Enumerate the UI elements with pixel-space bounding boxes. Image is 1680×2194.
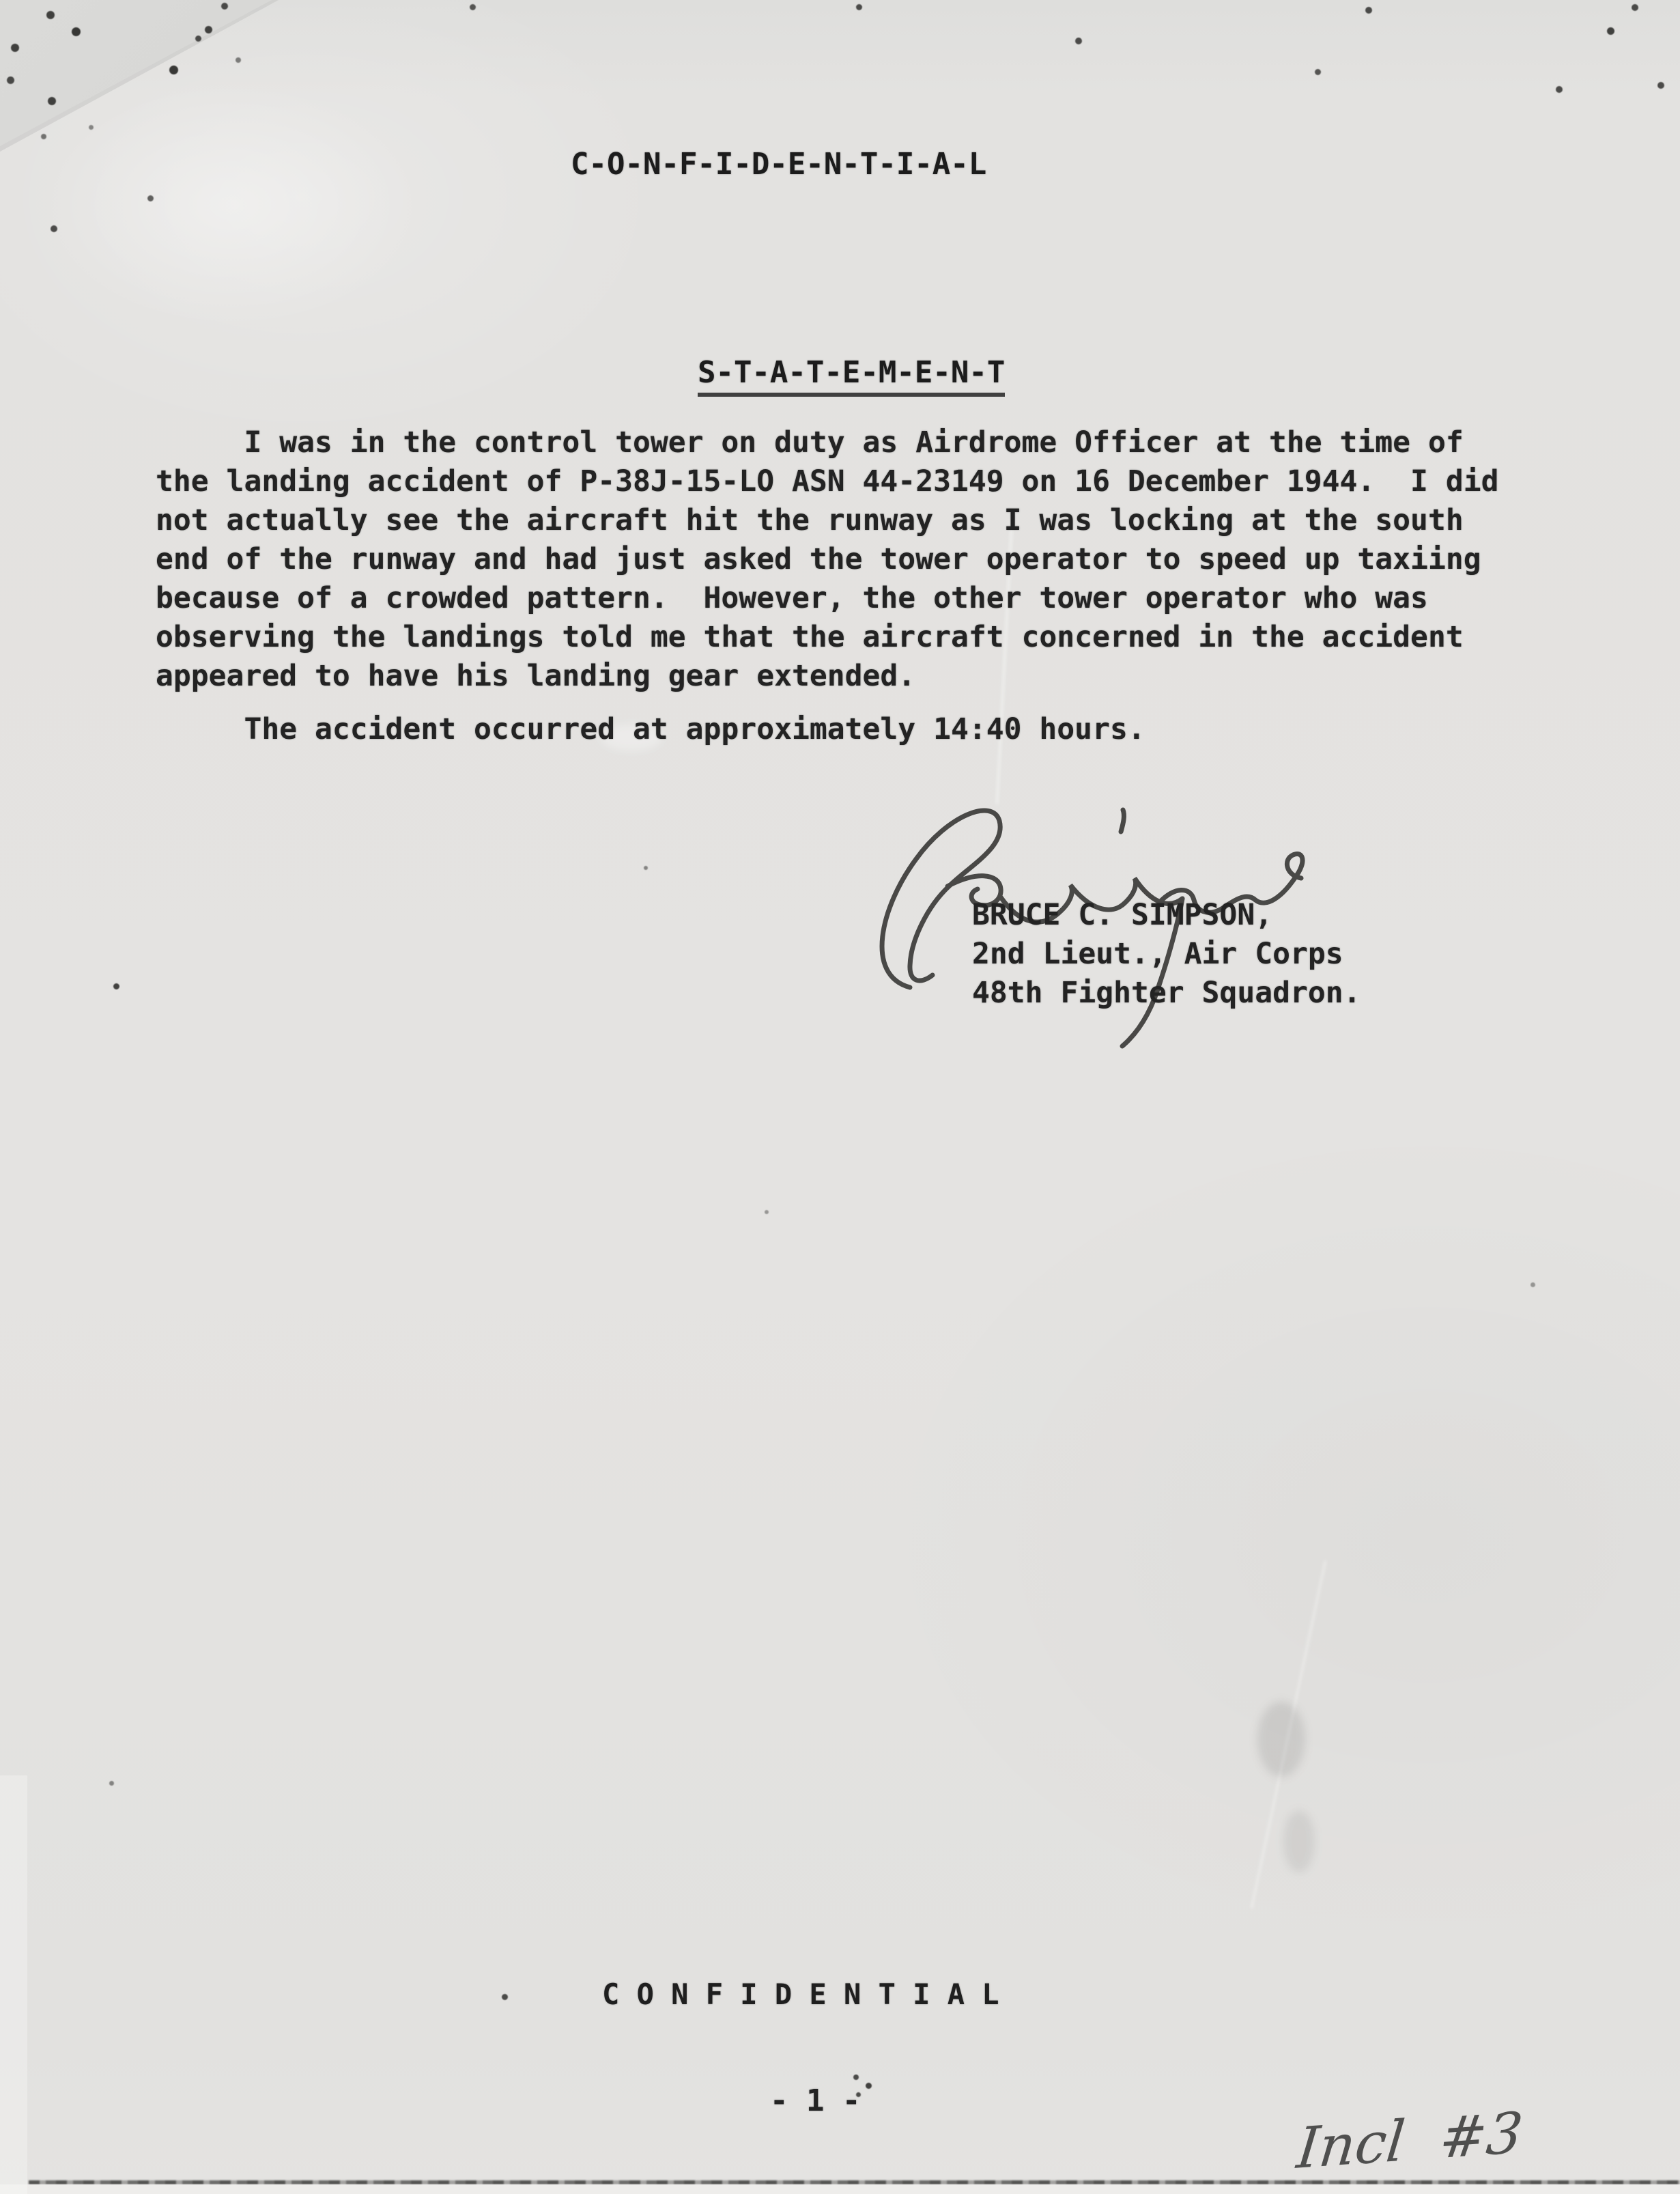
dust-speck (644, 866, 648, 870)
dust-speck (1315, 69, 1321, 75)
corner-fold (0, 0, 272, 146)
dust-speck (1530, 1282, 1535, 1287)
dust-speck (11, 44, 19, 52)
dust-speck (51, 225, 57, 232)
dust-speck (866, 2083, 872, 2089)
dust-speck (765, 1210, 769, 1214)
dust-speck (1365, 7, 1372, 14)
signature-block: BRUCE C. SIMPSON, 2nd Lieut., Air Corps … (972, 896, 1361, 1013)
statement-title: S-T-A-T-E-M-E-N-T (698, 355, 1005, 397)
dust-speck (169, 66, 178, 74)
dust-speck (147, 195, 154, 201)
paper-smudge (1283, 1811, 1315, 1872)
dust-speck (41, 134, 46, 139)
dust-speck (221, 3, 228, 10)
dust-speck (1075, 38, 1082, 44)
dust-speck (72, 27, 81, 36)
statement-closing-line: The accident occurred at approximately 1… (156, 710, 1145, 749)
dust-speck (7, 76, 14, 84)
dust-speck (1556, 86, 1563, 93)
dust-speck (856, 4, 862, 10)
dust-speck (853, 2075, 859, 2080)
paper-smudge (1257, 1702, 1305, 1777)
page-number: - 1 - (770, 2081, 860, 2120)
dust-speck (205, 26, 212, 33)
dust-speck (109, 1781, 114, 1786)
corner-highlight (41, 82, 423, 328)
scan-bottom-strip (0, 2184, 1680, 2194)
dust-speck (236, 57, 241, 63)
dust-speck (48, 97, 56, 105)
dust-speck (470, 4, 476, 10)
dust-speck (195, 36, 201, 42)
statement-body: I was in the control tower on duty as Ai… (156, 423, 1499, 696)
dust-speck (1632, 4, 1638, 11)
classification-footer: C O N F I D E N T I A L (602, 1975, 999, 2014)
dust-speck (502, 1994, 508, 2000)
scan-left-edge (0, 1775, 27, 2194)
classification-header: C-O-N-F-I-D-E-N-T-I-A-L (571, 145, 986, 184)
dust-speck (113, 983, 119, 989)
dust-speck (1657, 82, 1664, 89)
handwritten-enclosure-note: Incl #3 (1294, 2100, 1526, 2182)
dust-speck (1607, 27, 1614, 35)
scanned-document-page: C-O-N-F-I-D-E-N-T-I-A-L S-T-A-T-E-M-E-N-… (0, 0, 1680, 2194)
dust-speck (89, 125, 94, 130)
dust-speck (46, 11, 55, 19)
